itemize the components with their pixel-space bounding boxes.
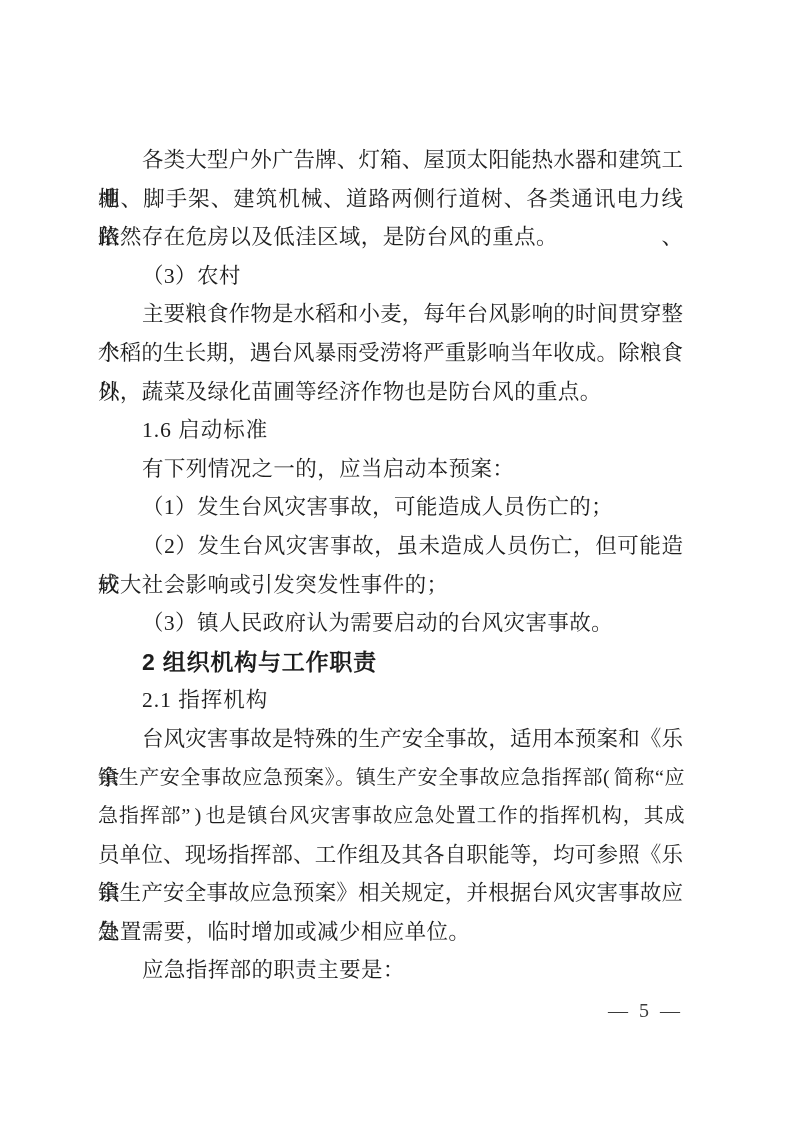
paragraph-line: 急指挥部” ) 也是镇台风灾害事故应急处置工作的指挥机构，其成 xyxy=(98,797,683,836)
subheading-1-6-startup-criteria: 1.6 启动标准 xyxy=(98,411,683,450)
list-item-3-rural: （3）农村 xyxy=(98,257,683,296)
paragraph-line: 镇生产安全事故应急预案》。镇生产安全事故应急指挥部( 简称“应 xyxy=(98,759,683,798)
section-heading-2-organization: 2 组织机构与工作职责 xyxy=(98,643,683,682)
paragraph-line: 员单位、现场指挥部、工作组及其各自职能等，均可参照《乐余 xyxy=(98,836,683,875)
paragraph-line: 主要粮食作物是水稻和小麦，每年台风影响的时间贯穿整个 xyxy=(98,295,683,334)
document-page: 各类大型户外广告牌、灯箱、屋顶太阳能热水器和建筑工地 棚、脚手架、建筑机械、道路… xyxy=(0,0,793,1122)
paragraph-line: 台风灾害事故是特殊的生产安全事故，适用本预案和《乐余 xyxy=(98,720,683,759)
paragraph-line: 有下列情况之一的，应当启动本预案： xyxy=(98,450,683,489)
page-number: — 5 — xyxy=(608,1000,683,1023)
list-item-1: （1）发生台风灾害事故，可能造成人员伤亡的； xyxy=(98,488,683,527)
paragraph-line: 镇生产安全事故应急预案》相关规定，并根据台风灾害事故应急 xyxy=(98,874,683,913)
paragraph-line: 应急指挥部的职责主要是： xyxy=(98,951,683,990)
paragraph-line: 外，蔬菜及绿化苗圃等经济作物也是防台风的重点。 xyxy=(98,373,683,412)
paragraph-line: 各类大型户外广告牌、灯箱、屋顶太阳能热水器和建筑工地 xyxy=(98,141,683,180)
paragraph-line: 棚、脚手架、建筑机械、道路两侧行道树、各类通讯电力线路、 xyxy=(98,180,683,219)
paragraph-line: 水稻的生长期，遇台风暴雨受涝将严重影响当年收成。除粮食以 xyxy=(98,334,683,373)
paragraph-line: 较大社会影响或引发突发性事件的； xyxy=(98,566,683,605)
list-item-2: （2）发生台风灾害事故，虽未造成人员伤亡，但可能造成 xyxy=(98,527,683,566)
list-item-3: （3）镇人民政府认为需要启动的台风灾害事故。 xyxy=(98,604,683,643)
document-body: 各类大型户外广告牌、灯箱、屋顶太阳能热水器和建筑工地 棚、脚手架、建筑机械、道路… xyxy=(98,141,683,990)
subheading-2-1-command-structure: 2.1 指挥机构 xyxy=(98,681,683,720)
paragraph-line: 处置需要，临时增加或减少相应单位。 xyxy=(98,913,683,952)
